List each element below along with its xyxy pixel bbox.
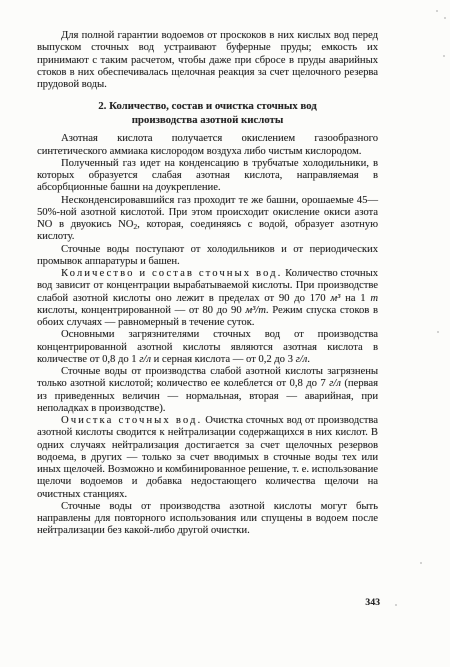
text-segment: Сточные воды от производства слабой азот… xyxy=(37,366,378,389)
text-segment: Полученный газ идет на конденсацию в тру… xyxy=(37,158,378,194)
paragraph: Сточные воды от производства слабой азот… xyxy=(37,366,378,415)
body-paragraphs: Азотная кислота получается окислением га… xyxy=(37,133,378,537)
text-segment: т xyxy=(370,293,378,304)
paragraph: Азотная кислота получается окислением га… xyxy=(37,133,378,158)
text-segment: Сточные воды поступают от холодильников … xyxy=(37,244,378,267)
paragraph: Для полной гарантии водоемов от проскоко… xyxy=(37,30,378,91)
text-segment: Очистка сточных вод от производства азот… xyxy=(37,415,378,500)
text-segment: Азотная кислота получается окислением га… xyxy=(37,133,378,156)
text-segment: Для полной гарантии водоемов от проскоко… xyxy=(37,30,378,90)
paragraph: Основными загрязнителями сточных вод от … xyxy=(37,329,378,366)
text-segment: г/л xyxy=(296,354,308,365)
scan-speck xyxy=(395,604,397,606)
text-segment: Сточные воды от производства азотной кис… xyxy=(37,501,378,537)
paragraph: Количество и состав сточных вод. Количес… xyxy=(37,268,378,329)
text-segment: . xyxy=(307,354,310,365)
text-column: Для полной гарантии водоемов от проскоко… xyxy=(37,30,378,538)
text-segment: кислоты, концентрированной — от 80 до 90 xyxy=(37,305,245,316)
scan-speck xyxy=(443,55,445,57)
text-segment: и серная кислота — от 0,2 до 3 xyxy=(151,354,296,365)
scan-speck xyxy=(436,10,438,12)
paragraph: Сточные воды поступают от холодильников … xyxy=(37,244,378,269)
intro-paragraphs: Для полной гарантии водоемов от проскоко… xyxy=(37,30,378,91)
paragraph: Несконденсировавшийся газ проходит те же… xyxy=(37,195,378,244)
text-segment: м³/т xyxy=(245,305,266,316)
text-segment: Очистка сточных вод. xyxy=(61,415,202,426)
paragraph: Очистка сточных вод. Очистка сточных вод… xyxy=(37,415,378,501)
page-number: 343 xyxy=(365,597,380,608)
text-segment: на 1 xyxy=(340,293,370,304)
section-heading: 2. Количество, состав и очистка сточных … xyxy=(37,100,378,127)
text-segment: г/л xyxy=(139,354,151,365)
book-page: Для полной гарантии водоемов от проскоко… xyxy=(0,0,450,667)
section-heading-line2: производства азотной кислоты xyxy=(37,114,378,128)
scan-speck xyxy=(437,331,439,333)
paragraph: Сточные воды от производства азотной кис… xyxy=(37,501,378,538)
section-heading-line1: 2. Количество, состав и очистка сточных … xyxy=(37,100,378,114)
text-segment: м³ xyxy=(330,293,340,304)
text-segment: 2 xyxy=(133,222,137,231)
scan-speck xyxy=(420,562,422,564)
text-segment: г/л xyxy=(329,378,341,389)
paragraph: Полученный газ идет на конденсацию в тру… xyxy=(37,158,378,195)
text-segment: Количество и состав сточных вод. xyxy=(61,268,282,279)
scan-speck xyxy=(444,17,446,19)
